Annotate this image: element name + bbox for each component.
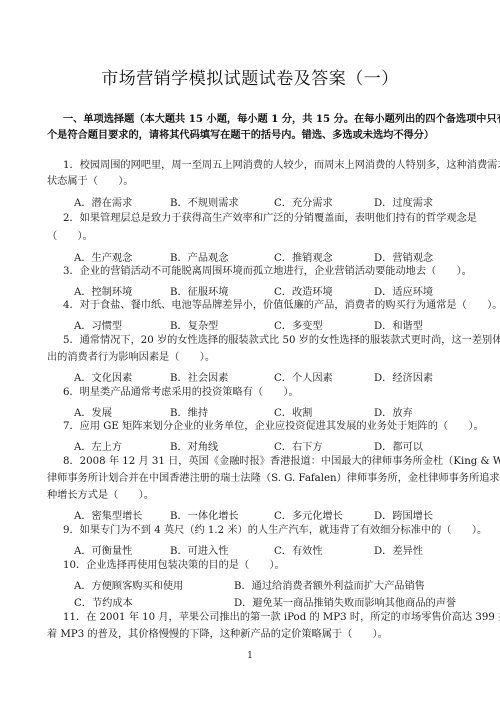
option-b: B．复杂型	[170, 317, 218, 332]
question-9: 9．如果专门为不到 4 英尺（约 1.2 米）的人生产汽车，就违背了有效细分标准…	[63, 524, 473, 538]
option-d: D．营销观念	[374, 249, 433, 264]
question-1: 1．校园周围的网吧里，周一至周五上网消费的人较少，而周末上网消费的人特别多，这种…	[63, 159, 473, 173]
option-b: B．不规则需求	[170, 194, 239, 209]
document-page: 市场营销学模拟试题试卷及答案（一） 一、单项选择题（本大题共 15 小题，每小题…	[0, 0, 500, 707]
question-1-cont: 状态属于（ ）。	[47, 175, 457, 189]
question-4: 4．对于食盐、餐巾纸、电池等品牌差异小，价值低廉的产品，消费者的购买行为通常是（…	[63, 299, 473, 313]
question-8-options: A．密集型增长 B．一体化增长 C．多元化增长 D．跨国增长	[74, 507, 454, 521]
option-a: A．习惯型	[74, 317, 122, 332]
option-b: B．对角线	[170, 438, 218, 453]
question-5-options: A．文化因素 B．社会因素 C．个人因素 D．经济因素	[74, 369, 454, 383]
option-c: C．多变型	[274, 317, 323, 332]
question-1-options: A．潜在需求 B．不规则需求 C．充分需求 D．过度需求	[74, 194, 454, 208]
option-a: A．方便顾客购买和使用	[74, 577, 183, 592]
question-10: 10．企业选择再使用包装决策的目的是（ ）。	[63, 559, 473, 573]
option-b: B．一体化增长	[170, 507, 239, 522]
option-d: D．经济因素	[374, 369, 433, 384]
option-b: B．维持	[170, 404, 208, 419]
option-c: C．右下方	[274, 438, 323, 453]
question-8-cont2: 种增长方式是（ ）。	[47, 489, 457, 503]
option-a: A．文化因素	[74, 369, 132, 384]
option-a: A．生产观念	[74, 249, 132, 264]
option-d: D．跨国增长	[374, 507, 433, 522]
question-8-cont: 律师事务所计划合并在中国香港注册的瑞士法隆（S. G. Fafalen）律师事务…	[47, 472, 457, 486]
option-c: C．改造环境	[274, 283, 333, 298]
option-a: A．密集型增长	[74, 507, 142, 522]
question-6-options: A．发展 B．维持 C．收割 D．放弃	[74, 404, 454, 418]
question-7: 7．应用 GE 矩阵来划分企业的业务单位，企业应投资促进其发展的业务处于矩阵的（…	[63, 420, 473, 434]
question-2-cont: （ ）。	[47, 230, 457, 244]
option-c: C．个人因素	[274, 369, 333, 384]
question-3-options: A．控制环境 B．征服环境 C．改造环境 D．适应环境	[74, 283, 454, 297]
section-heading-cont: 个是符合题目要求的，请将其代码填写在题干的括号内。错选、多选或未选均不得分）	[47, 128, 457, 142]
option-a: A．潜在需求	[74, 194, 132, 209]
question-5-cont: 出的消费者行为影响因素是（ ）。	[47, 351, 457, 365]
option-d: D．都可以	[374, 438, 423, 453]
option-c: C．多元化增长	[274, 507, 343, 522]
question-10-options-row2: C．节约成本 D．避免某一商品推销失败而影响其他商品的声誉	[74, 594, 454, 608]
option-a: A．发展	[74, 404, 112, 419]
option-d: D．和谐型	[374, 317, 423, 332]
question-4-options: A．习惯型 B．复杂型 C．多变型 D．和谐型	[74, 317, 454, 331]
question-2-options: A．生产观念 B．产品观念 C．推销观念 D．营销观念	[74, 249, 454, 263]
question-10-options-row1: A．方便顾客购买和使用 B．通过给消费者额外利益而扩大产品销售	[74, 577, 454, 591]
option-c: C．推销观念	[274, 249, 333, 264]
option-d: D．避免某一商品推销失败而影响其他商品的声誉	[234, 594, 456, 609]
option-d: D．过度需求	[374, 194, 433, 209]
option-b: B．通过给消费者额外利益而扩大产品销售	[234, 577, 425, 592]
option-a: A．可衡量性	[74, 542, 132, 557]
option-d: D．差异性	[374, 542, 423, 557]
option-b: B．产品观念	[170, 249, 228, 264]
option-d: D．放弃	[374, 404, 413, 419]
option-a: A．控制环境	[74, 283, 132, 298]
option-c: C．节约成本	[74, 594, 133, 609]
question-2: 2．如果管理层总是致力于获得高生产效率和广泛的分销覆盖面，表明他们持有的哲学观念…	[63, 212, 473, 226]
option-b: B．征服环境	[170, 283, 228, 298]
section-heading: 一、单项选择题（本大题共 15 小题，每小题 1 分，共 15 分。在每小题列出…	[63, 112, 473, 126]
document-title: 市场营销学模拟试题试卷及答案（一）	[0, 64, 500, 89]
option-c: C．收割	[274, 404, 312, 419]
option-b: B．可进入性	[170, 542, 228, 557]
question-3: 3．企业的营销活动不可能脱离周围环境而孤立地进行，企业营销活动要能动地去（ ）。	[63, 265, 473, 279]
question-7-options: A．左上方 B．对角线 C．右下方 D．都可以	[74, 438, 454, 452]
option-c: C．有效性	[274, 542, 323, 557]
question-8: 8．2008 年 12 月 31 日，英国《金融时报》香港报道：中国最大的律师事…	[63, 455, 473, 469]
option-c: C．充分需求	[274, 194, 333, 209]
option-b: B．社会因素	[170, 369, 228, 384]
page-number: 1	[0, 651, 500, 661]
question-11-cont: 着 MP3 的普及，其价格慢慢的下降，这种新产品的定价策略属于（ ）。	[47, 628, 457, 642]
option-a: A．左上方	[74, 438, 122, 453]
question-6: 6．明星类产品通常考虑采用的投资策略有（ ）。	[63, 386, 473, 400]
question-11: 11．在 2001 年 10 月，苹果公司推出的第一款 iPod 的 MP3 时…	[63, 611, 473, 625]
question-9-options: A．可衡量性 B．可进入性 C．有效性 D．差异性	[74, 542, 454, 556]
option-d: D．适应环境	[374, 283, 433, 298]
question-5: 5．通常情况下，20 岁的女性选择的服装款式比 50 岁的女性选择的服装款式更时…	[63, 334, 473, 348]
